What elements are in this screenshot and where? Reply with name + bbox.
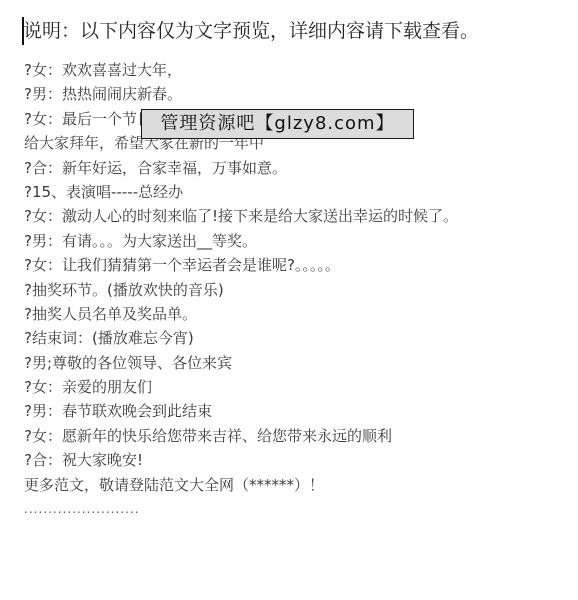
script-line: ?女：激动人心的时刻来临了!接下来是给大家送出幸运的时候了。 <box>24 204 554 228</box>
script-line: ?男;尊敬的各位领导、各位来宾 <box>24 351 554 375</box>
script-line: ?女：愿新年的快乐给您带来吉祥、给您带来永远的顺利 <box>24 424 554 448</box>
more-templates-line: 更多范文，敬请登陆范文大全网（******）！ <box>24 473 554 497</box>
script-line: ?合：新年好运，合家幸福，万事如意。 <box>24 156 554 180</box>
script-line: ?男：热热闹闹庆新春。 <box>24 82 554 106</box>
script-line: ?女：亲爱的朋友们 <box>24 375 554 399</box>
script-line: ?合：祝大家晚安! <box>24 448 554 472</box>
dotted-separator: ........................ <box>24 497 554 521</box>
preview-notice-title: 说明：以下内容仅为文字预览，详细内容请下载查看。 <box>23 17 479 45</box>
script-line: ?抽奖环节。(播放欢快的音乐) <box>24 278 554 302</box>
script-line: ?女：欢欢喜喜过大年， <box>24 58 554 82</box>
script-line: ?15、表演唱-----总经办 <box>24 180 554 204</box>
script-line: ?抽奖人员名单及奖品单。 <box>24 302 554 326</box>
script-line: ?女：让我们猜猜第一个幸运者会是谁呢?。。。。。 <box>24 253 554 277</box>
script-line: ?男：春节联欢晚会到此结束 <box>24 399 554 423</box>
script-line: ?结束词：(播放难忘今宵) <box>24 326 554 350</box>
script-line: ?男：有请。。。为大家送出__等奖。 <box>24 229 554 253</box>
watermark-popup: 管理资源吧【glzy8.com】 <box>141 109 414 139</box>
